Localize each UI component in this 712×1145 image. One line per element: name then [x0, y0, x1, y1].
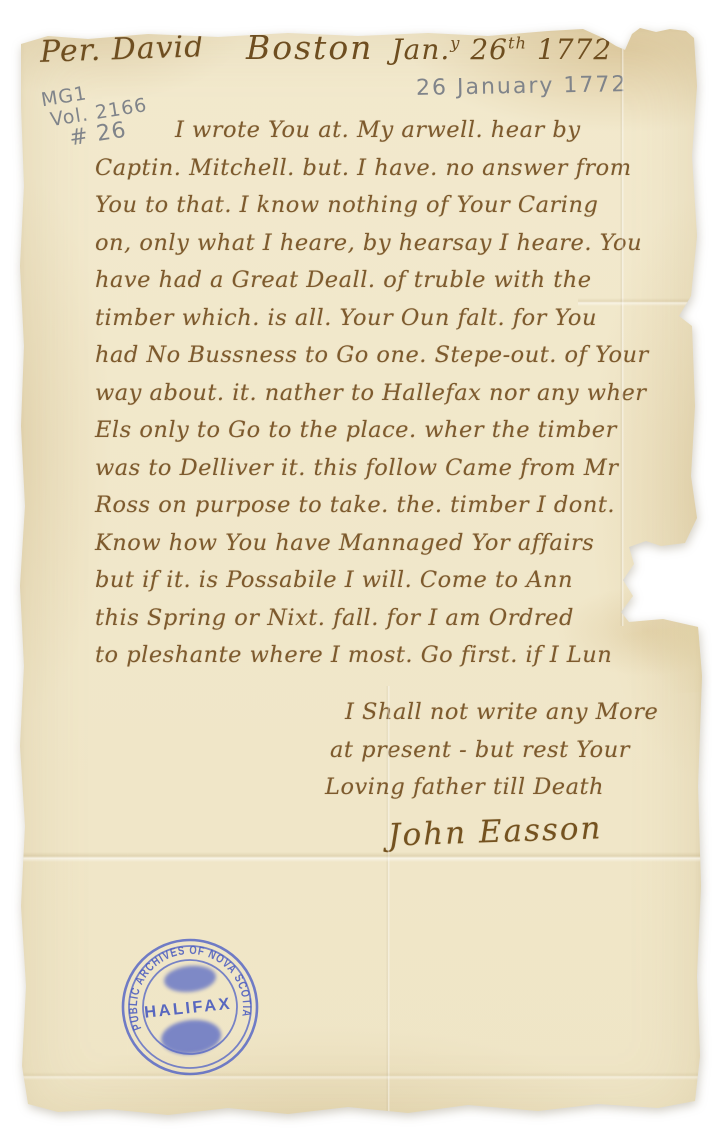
heading-day: 26: [460, 33, 508, 66]
letter-line: way about. it. nather to Hallefax nor an…: [95, 375, 680, 413]
signature: John Easson: [387, 808, 658, 853]
archive-stamp: PUBLIC ARCHIVES OF NOVA SCOTIA HALIFAX: [108, 925, 273, 1090]
letter-body: I wrote You at. My arwell. hear by Capti…: [95, 112, 680, 675]
letter-line: had No Bussness to Go one. Stepe-out. of…: [95, 337, 680, 375]
heading-year: 1772: [527, 33, 612, 66]
letter-line: Ross on purpose to take. the. timber I d…: [95, 487, 680, 525]
letter-closing: I Shall not write any More at present - …: [325, 694, 658, 849]
letter-heading: BostonJan.y 26th 1772: [246, 28, 612, 67]
letter-line: have had a Great Deall. of truble with t…: [95, 262, 680, 300]
scan-background: Per. David BostonJan.y 26th 1772 MG1 Vol…: [0, 0, 712, 1145]
closing-line: at present - but rest Your: [330, 732, 658, 770]
archive-date-note: 26 January 1772: [416, 72, 628, 101]
recipient-note: Per. David: [39, 29, 205, 70]
letter-paper: Per. David BostonJan.y 26th 1772 MG1 Vol…: [18, 26, 702, 1126]
closing-line: I Shall not write any More: [345, 694, 658, 732]
letter-line: You to that. I know nothing of Your Cari…: [95, 187, 680, 225]
heading-month-sup: y: [450, 34, 460, 53]
horizontal-fold-line: [18, 852, 702, 862]
stamp-ink-smudge-top: [163, 963, 217, 994]
heading-place: Boston: [246, 28, 373, 67]
stamp-center-label: HALIFAX: [143, 995, 232, 1022]
letter-line: Know how You have Mannaged Yor affairs: [95, 525, 680, 563]
heading-date: Jan.y 26th 1772: [391, 33, 612, 66]
heading-month: Jan.: [391, 33, 450, 66]
letter-line: on, only what I heare, by hearsay I hear…: [95, 225, 680, 263]
heading-day-sup: th: [508, 34, 527, 53]
letter-line: timber which. is all. Your Oun falt. for…: [95, 300, 680, 338]
letter-line: Els only to Go to the place. wher the ti…: [95, 412, 680, 450]
letter-line: this Spring or Nixt. fall. for I am Ordr…: [95, 600, 680, 638]
stamp-ink-smudge-bottom: [160, 1017, 223, 1057]
letter-line: Captin. Mitchell. but. I have. no answer…: [95, 150, 680, 188]
letter-line: was to Delliver it. this follow Came fro…: [95, 450, 680, 488]
closing-line: Loving father till Death: [325, 769, 658, 807]
letter-line: but if it. is Possabile I will. Come to …: [95, 562, 680, 600]
letter-line: I wrote You at. My arwell. hear by: [95, 112, 680, 150]
letter-line: to pleshante where I most. Go first. if …: [95, 637, 680, 675]
